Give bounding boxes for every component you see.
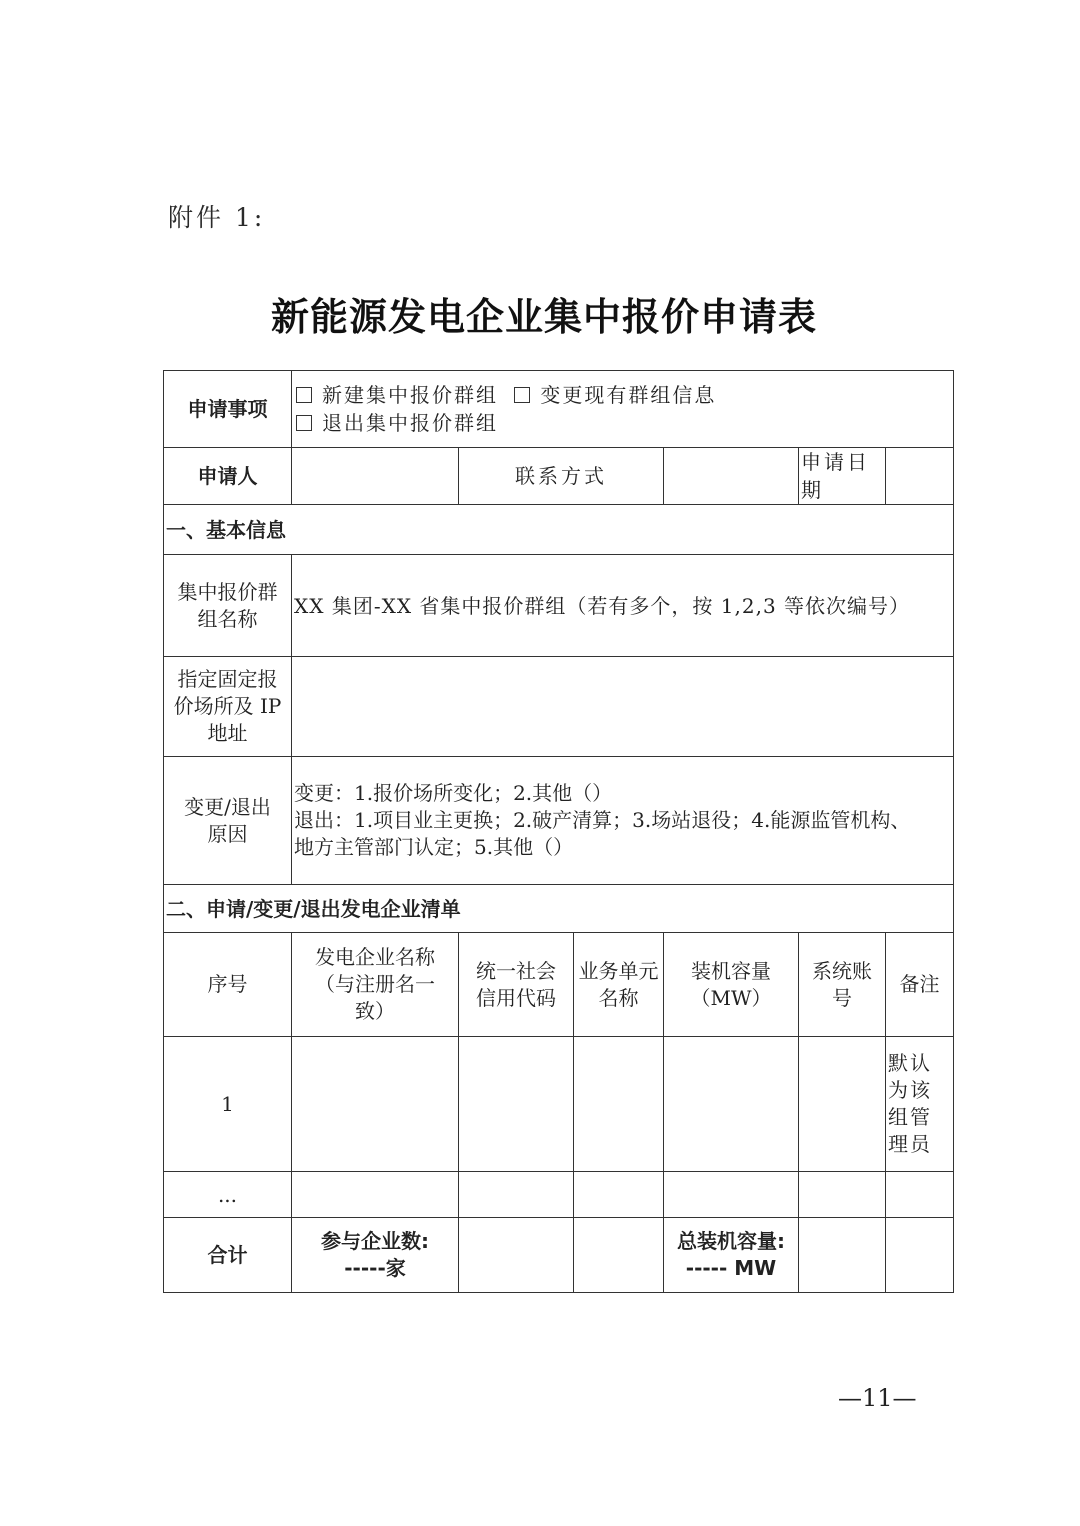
option-new-group[interactable]: 新建集中报价群组 bbox=[296, 383, 498, 407]
contact-field[interactable] bbox=[664, 448, 799, 505]
capacity-cell[interactable] bbox=[664, 1172, 799, 1218]
row-index: ... bbox=[164, 1172, 292, 1218]
checkbox-icon[interactable] bbox=[296, 387, 312, 403]
table-row: 1 默认 为该 组管 理员 bbox=[164, 1037, 954, 1172]
group-name-label: 集中报价群 组名称 bbox=[164, 555, 292, 657]
business-unit-total-cell bbox=[574, 1218, 664, 1293]
company-name-cell[interactable] bbox=[292, 1172, 459, 1218]
page-title: 新能源发电企业集中报价申请表 bbox=[0, 286, 1080, 341]
section-company-list-title: 二、申请/变更/退出发电企业清单 bbox=[164, 885, 954, 933]
account-total-cell bbox=[799, 1218, 886, 1293]
company-count-cell: 参与企业数: -----家 bbox=[292, 1218, 459, 1293]
column-header-capacity: 装机容量 （MW） bbox=[664, 933, 799, 1037]
page-number: —11— bbox=[838, 1384, 917, 1412]
reason-row: 变更/退出 原因 变更：1.报价场所变化；2.其他（） 退出：1.项目业主更换；… bbox=[164, 757, 954, 885]
application-items-label: 申请事项 bbox=[164, 371, 292, 448]
reason-label: 变更/退出 原因 bbox=[164, 757, 292, 885]
column-header-credit-code: 统一社会 信用代码 bbox=[459, 933, 574, 1037]
credit-code-cell[interactable] bbox=[459, 1172, 574, 1218]
total-capacity-cell: 总装机容量: ----- MW bbox=[664, 1218, 799, 1293]
column-header-business-unit: 业务单元 名称 bbox=[574, 933, 664, 1037]
total-label: 合计 bbox=[164, 1218, 292, 1293]
attachment-label: 附件 1: bbox=[168, 198, 265, 234]
applicant-field[interactable] bbox=[292, 448, 459, 505]
group-name-row: 集中报价群 组名称 XX 集团-XX 省集中报价群组（若有多个，按 1,2,3 … bbox=[164, 555, 954, 657]
remark-cell: 默认 为该 组管 理员 bbox=[886, 1037, 954, 1172]
application-items-options: 新建集中报价群组 变更现有群组信息 退出集中报价群组 bbox=[292, 371, 954, 448]
checkbox-icon[interactable] bbox=[514, 387, 530, 403]
column-header-company-name: 发电企业名称 （与注册名一 致） bbox=[292, 933, 459, 1037]
application-items-row: 申请事项 新建集中报价群组 变更现有群组信息 退出集中报价群组 bbox=[164, 371, 954, 448]
company-list-header-row: 序号 发电企业名称 （与注册名一 致） 统一社会 信用代码 业务单元 名称 装机… bbox=[164, 933, 954, 1037]
table-row: ... bbox=[164, 1172, 954, 1218]
column-header-remark: 备注 bbox=[886, 933, 954, 1037]
business-unit-cell[interactable] bbox=[574, 1037, 664, 1172]
option-change-group[interactable]: 变更现有群组信息 bbox=[514, 383, 716, 407]
checkbox-icon[interactable] bbox=[296, 415, 312, 431]
site-ip-label: 指定固定报 价场所及 IP 地址 bbox=[164, 657, 292, 757]
date-field[interactable] bbox=[886, 448, 954, 505]
date-label: 申请日期 bbox=[799, 448, 886, 505]
group-name-field[interactable]: XX 集团-XX 省集中报价群组（若有多个，按 1,2,3 等依次编号） bbox=[292, 555, 954, 657]
business-unit-cell[interactable] bbox=[574, 1172, 664, 1218]
section-company-list-row: 二、申请/变更/退出发电企业清单 bbox=[164, 885, 954, 933]
row-index: 1 bbox=[164, 1037, 292, 1172]
remark-cell[interactable] bbox=[886, 1172, 954, 1218]
applicant-label: 申请人 bbox=[164, 448, 292, 505]
column-header-account: 系统账 号 bbox=[799, 933, 886, 1037]
column-header-index: 序号 bbox=[164, 933, 292, 1037]
section-basic-info-row: 一、基本信息 bbox=[164, 505, 954, 555]
site-ip-field[interactable] bbox=[292, 657, 954, 757]
applicant-row: 申请人 联系方式 申请日期 bbox=[164, 448, 954, 505]
total-row: 合计 参与企业数: -----家 总装机容量: ----- MW bbox=[164, 1218, 954, 1293]
section-basic-info-title: 一、基本信息 bbox=[164, 505, 954, 555]
credit-code-total-cell bbox=[459, 1218, 574, 1293]
site-ip-row: 指定固定报 价场所及 IP 地址 bbox=[164, 657, 954, 757]
contact-label: 联系方式 bbox=[459, 448, 664, 505]
option-exit-group[interactable]: 退出集中报价群组 bbox=[296, 411, 498, 435]
reason-field[interactable]: 变更：1.报价场所变化；2.其他（） 退出：1.项目业主更换；2.破产清算；3.… bbox=[292, 757, 954, 885]
account-cell[interactable] bbox=[799, 1172, 886, 1218]
company-name-cell[interactable] bbox=[292, 1037, 459, 1172]
remark-total-cell bbox=[886, 1218, 954, 1293]
account-cell[interactable] bbox=[799, 1037, 886, 1172]
capacity-cell[interactable] bbox=[664, 1037, 799, 1172]
credit-code-cell[interactable] bbox=[459, 1037, 574, 1172]
application-form-table: 申请事项 新建集中报价群组 变更现有群组信息 退出集中报价群组 申请人 联系方式… bbox=[163, 370, 954, 1293]
